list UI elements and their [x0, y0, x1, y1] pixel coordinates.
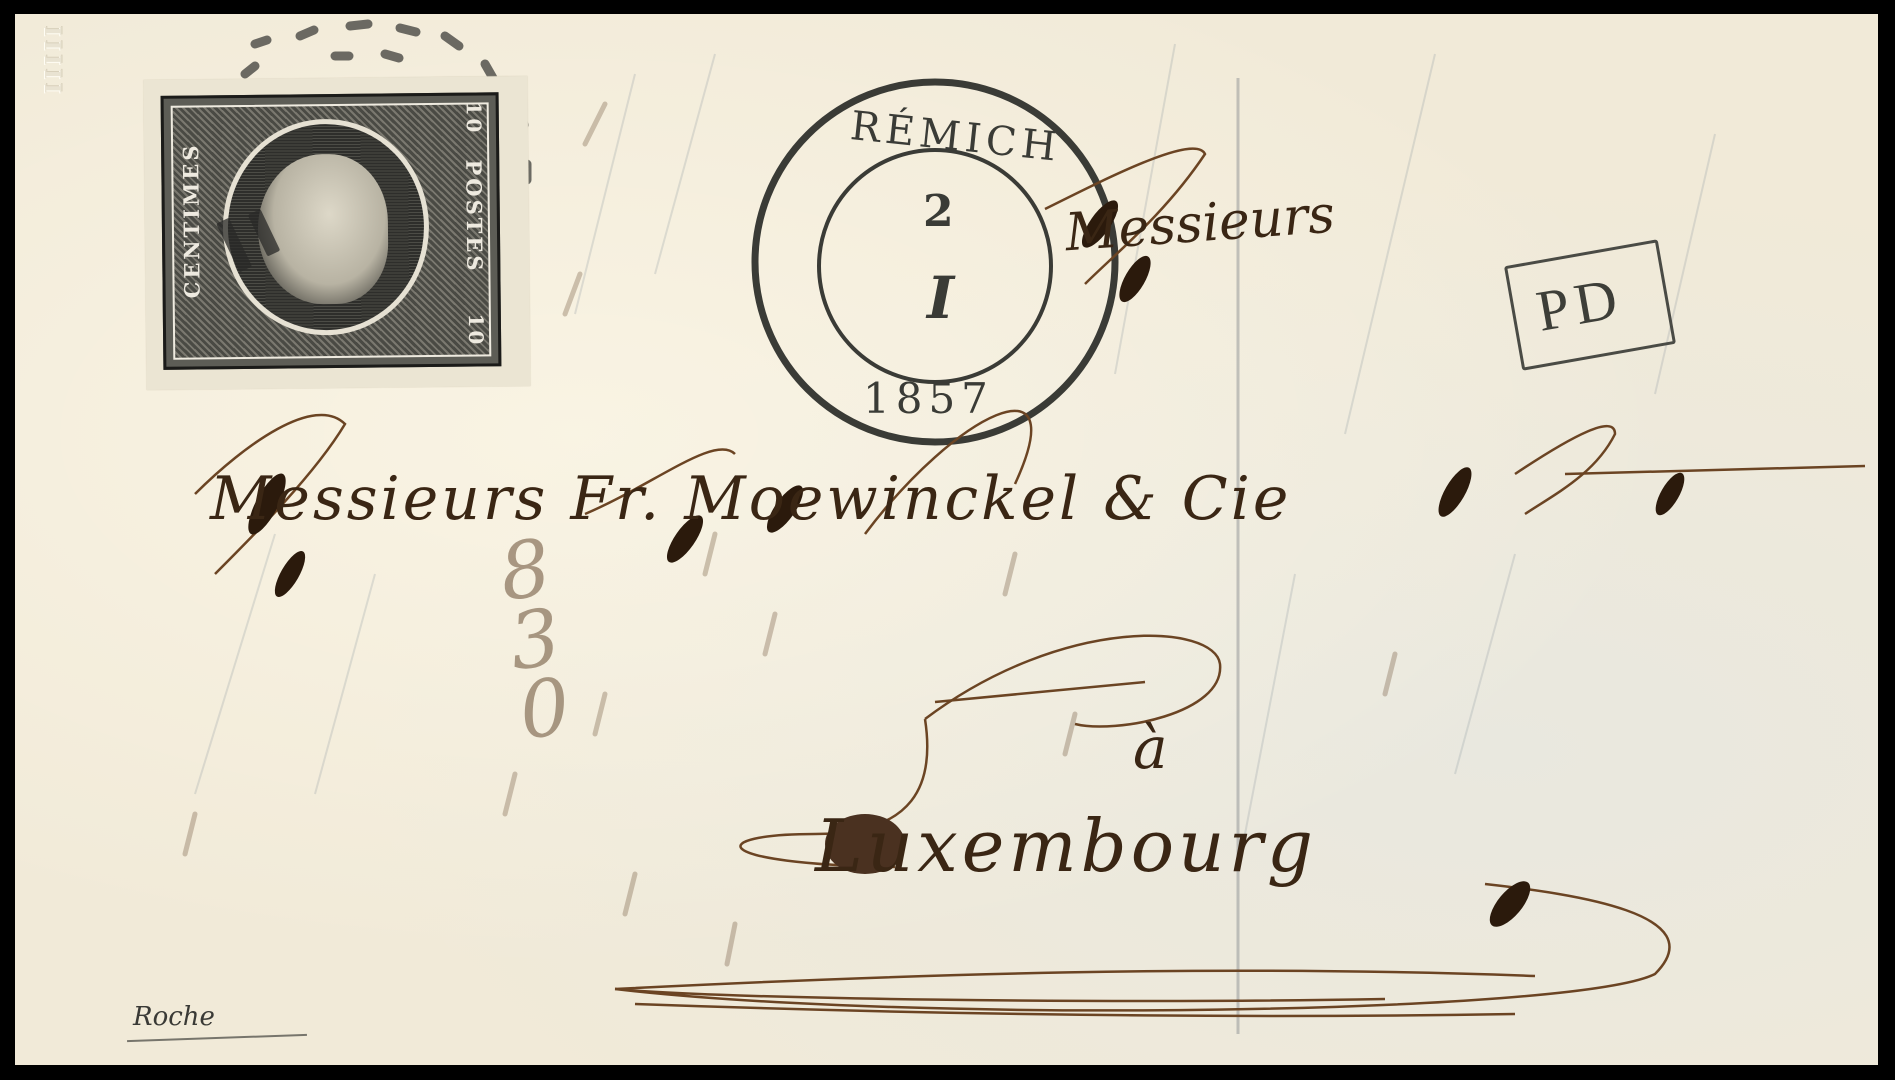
stamp-value-top: 10 — [462, 101, 486, 135]
stamp-right-text: POSTES — [461, 159, 487, 273]
stamp-frame: CENTIMES POSTES 10 10 — [161, 92, 502, 370]
signature: Roche — [133, 1002, 215, 1032]
cover-paper: IIIII 830 CENTIMES POSTES 10 10 RÉMICH 2… — [15, 14, 1878, 1065]
postmark-month: I — [927, 264, 954, 332]
stamp-left-text: CENTIMES — [178, 142, 205, 298]
postmark-day: 2 — [923, 186, 954, 237]
portrait-icon — [257, 153, 389, 304]
pd-text: PD — [1532, 264, 1628, 345]
postmark-year: 1857 — [863, 374, 994, 423]
embossed-mark: IIIII — [37, 26, 65, 126]
address-line-2: Messieurs Fr. Moewinckel & Cie — [210, 464, 1291, 534]
stamp: CENTIMES POSTES 10 10 — [143, 76, 530, 390]
address-line-4: Luxembourg — [815, 804, 1317, 888]
address-line-3: à — [1133, 714, 1168, 782]
stamp-value-bottom: 10 — [464, 313, 488, 347]
